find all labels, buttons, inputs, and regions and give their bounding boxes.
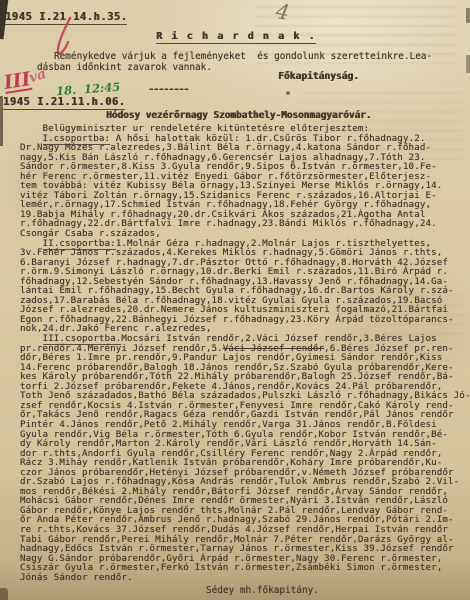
scanned-document-page: 1945 I.21.14.h.35. 4 R i c h a r d n a k… (0, 0, 470, 600)
scan-edge-mark (466, 55, 470, 73)
scan-edge-mark (466, 8, 470, 23)
document-body: Belügyminiszter ur rendeletére kitünteté… (20, 124, 466, 582)
doc-title: R i c h a r d n a k . (156, 31, 316, 44)
scan-edge-mark (0, 588, 8, 600)
addressee-line: Hódosy vezérőrnagy Szombathely-Mosonmagy… (106, 110, 371, 121)
message-line: dásban időnkint zavarok vannak. (37, 62, 212, 73)
fokapitanysag-signature: Főkapitányság. (278, 71, 359, 82)
signature-line: Sédey mh.főkapitány. (206, 585, 319, 596)
red-ink-dot (286, 91, 290, 95)
date-line-2: 1945 I.21.11.h.06. (3, 96, 125, 110)
body-line: Jónás Sándor rendőr. (20, 573, 466, 583)
message-line: Reménykedve várjuk a fejleményeket és go… (54, 51, 432, 62)
separator-line: -------- (148, 84, 188, 95)
